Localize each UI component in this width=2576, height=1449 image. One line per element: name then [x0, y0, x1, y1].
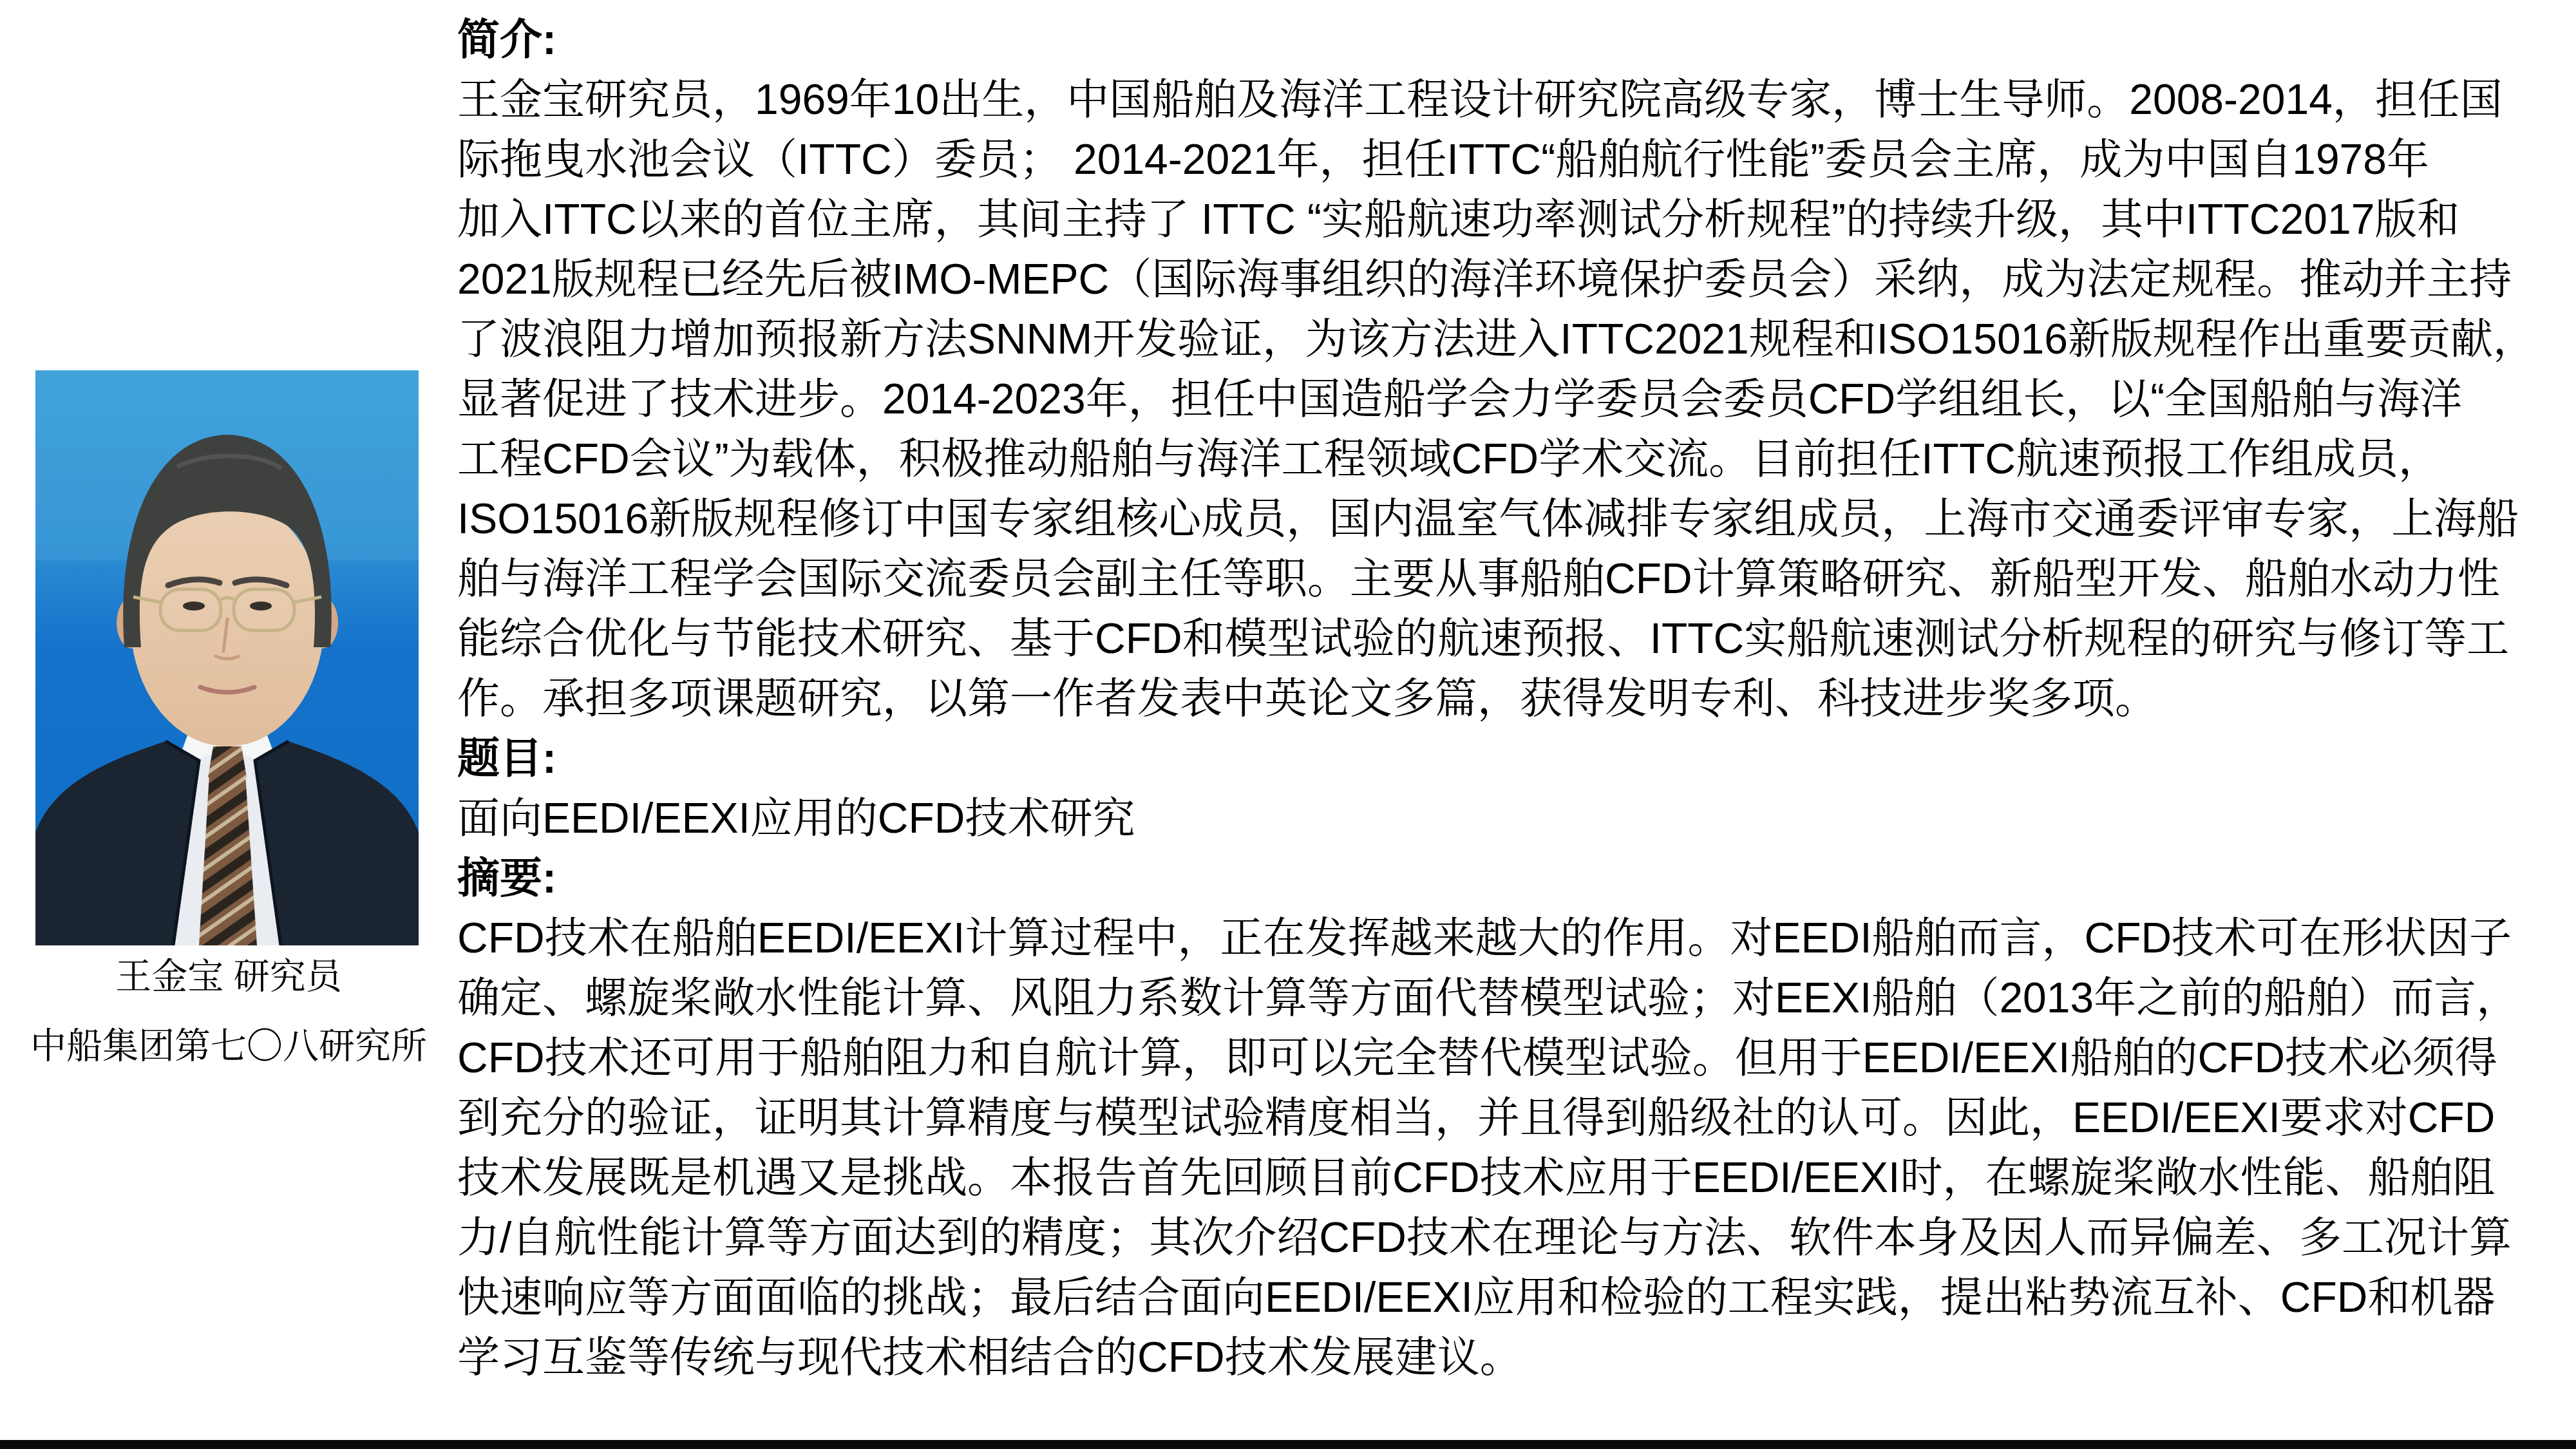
- bio-line: 工程CFD会议”为载体，积极推动船舶与海洋工程领域CFD学术交流。目前担任ITT…: [457, 429, 2566, 489]
- bio-line: ISO15016新版规程修订中国专家组核心成员，国内温室气体减排专家组成员，上海…: [457, 489, 2566, 549]
- abstract-line: 技术发展既是机遇又是挑战。本报告首先回顾目前CFD技术应用于EEDI/EEXI时…: [457, 1148, 2566, 1207]
- tie-knot: [208, 746, 247, 777]
- abstract-line: 力/自航性能计算等方面达到的精度；其次介绍CFD技术在理论与方法、软件本身及因人…: [457, 1207, 2566, 1267]
- abstract-line: 快速响应等方面面临的挑战；最后结合面向EEDI/EEXI应用和检验的工程实践，提…: [457, 1267, 2566, 1327]
- photo-caption: 王金宝 研究员 中船集团第七〇八研究所: [16, 942, 441, 1081]
- portrait-photo: [35, 370, 419, 945]
- bio-line: 2021版规程已经先后被IMO-MEPC（国际海事组织的海洋环境保护委员会）采纳…: [457, 249, 2566, 309]
- abstract-line: CFD技术还可用于船舶阻力和自航计算，即可以完全替代模型试验。但用于EEDI/E…: [457, 1028, 2566, 1088]
- abstract-heading: 摘要:: [457, 848, 2566, 908]
- bio-line: 王金宝研究员，1969年10出生，中国船舶及海洋工程设计研究院高级专家，博士生导…: [457, 70, 2566, 129]
- bio-line: 作。承担多项课题研究，以第一作者发表中英论文多篇，获得发明专利、科技进步奖多项。: [457, 668, 2566, 728]
- bio-line: 了波浪阻力增加预报新方法SNNM开发验证，为该方法进入ITTC2021规程和IS…: [457, 309, 2566, 369]
- abstract-line: 确定、螺旋桨敞水性能计算、风阻力系数计算等方面代替模型试验；对EEXI船舶（20…: [457, 968, 2566, 1028]
- bottom-divider-bar: [0, 1440, 2576, 1449]
- bio-line: 舶与海洋工程学会国际交流委员会副主任等职。主要从事船舶CFD计算策略研究、新船型…: [457, 549, 2566, 609]
- bio-heading: 简介:: [457, 10, 2566, 70]
- abstract-line: 到充分的验证，证明其计算精度与模型试验精度相当，并且得到船级社的认可。因此，EE…: [457, 1088, 2566, 1148]
- bio-line: 加入ITTC以来的首位主席，其间主持了 ITTC “实船航速功率测试分析规程”的…: [457, 189, 2566, 249]
- title-heading: 题目:: [457, 728, 2566, 788]
- bio-line: 显著促进了技术进步。2014-2023年，担任中国造船学会力学委员会委员CFD学…: [457, 369, 2566, 429]
- person-name: 王金宝 研究员: [16, 942, 441, 1011]
- portrait-illustration: [35, 370, 419, 945]
- abstract-line: 学习互鉴等传统与现代技术相结合的CFD技术发展建议。: [457, 1327, 2566, 1387]
- abstract-line: CFD技术在船舶EEDI/EEXI计算过程中，正在发挥越来越大的作用。对EEDI…: [457, 908, 2566, 968]
- bio-line: 际拖曳水池会议（ITTC）委员； 2014-2021年，担任ITTC“船舶航行性…: [457, 129, 2566, 189]
- bio-line: 能综合优化与节能技术研究、基于CFD和模型试验的航速预报、ITTC实船航速测试分…: [457, 609, 2566, 668]
- talk-title: 面向EEDI/EEXI应用的CFD技术研究: [457, 788, 2566, 848]
- person-affiliation: 中船集团第七〇八研究所: [16, 1011, 441, 1081]
- text-column: 简介:王金宝研究员，1969年10出生，中国船舶及海洋工程设计研究院高级专家，博…: [457, 10, 2566, 1387]
